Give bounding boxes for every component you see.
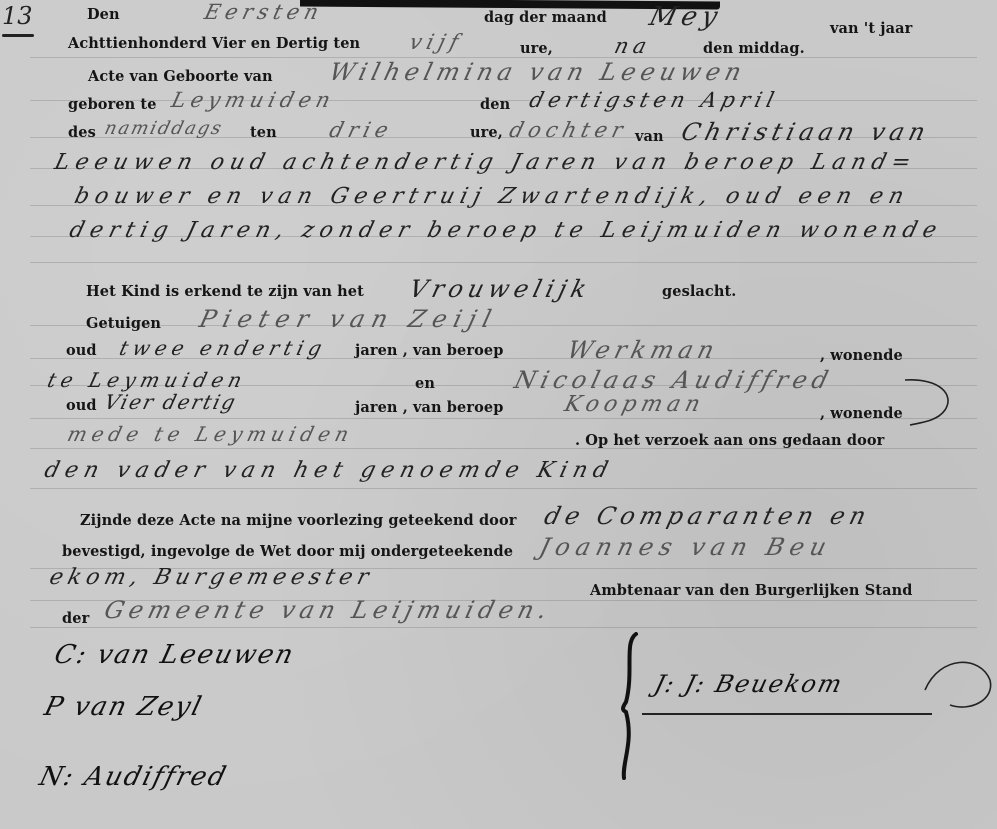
signature-official: J: J: Beuekom <box>652 670 847 698</box>
printed-den-middag: den middag. <box>703 40 805 57</box>
ruled-line <box>30 325 977 326</box>
printed-der: der <box>62 610 89 627</box>
printed-jaren-van-beroep: jaren , van beroep <box>355 342 503 359</box>
signature-father: C: van Leeuwen <box>51 640 298 670</box>
signature-flourish <box>920 650 995 720</box>
hand-month: Mey <box>646 2 725 32</box>
ruled-line <box>30 627 977 628</box>
printed-jaren-van-beroep: jaren , van beroep <box>355 399 503 416</box>
printed-wonende: , wonende <box>820 405 903 422</box>
printed-van: van <box>635 128 664 145</box>
hand-witness-2-occupation: Koopman <box>562 392 708 417</box>
hand-comparanten: de Comparanten en <box>542 502 874 530</box>
hand-birth-date: dertigsten April <box>527 88 781 112</box>
brace-icon <box>618 632 642 780</box>
printed-ambtenaar: Ambtenaar van den Burgerlijken Stand <box>590 582 912 599</box>
hand-hour: vijf <box>407 30 466 54</box>
printed-den: Den <box>87 6 120 23</box>
birth-certificate-page: 13 Den Eersten dag der maand Mey van 't … <box>0 0 997 829</box>
hand-burgemeester: ekom, Burgemeester <box>47 565 376 590</box>
printed-ten: ten <box>250 124 277 141</box>
hand-birthplace: Leymuiden <box>169 88 338 112</box>
printed-en: en <box>415 375 435 392</box>
signature-witness-1: P van Zeyl <box>41 692 206 722</box>
printed-geboren-te: geboren te <box>68 96 157 113</box>
printed-zijnde-deze-acte: Zijnde deze Acte na mijne voorlezing get… <box>80 512 516 529</box>
hand-witness-1-residence: te Leymuiden <box>45 368 249 392</box>
line-flourish <box>900 370 960 430</box>
hand-child-name: Wilhelmina van Leeuwen <box>327 58 750 86</box>
entry-number-flourish <box>2 34 34 37</box>
printed-des: des <box>68 124 96 141</box>
hand-birth-hour: drie <box>327 118 396 142</box>
hand-witness-1-age: twee endertig <box>117 336 329 360</box>
hand-witness-2-residence: mede te Leymuiden <box>65 422 356 446</box>
printed-year: Achttienhonderd Vier en Dertig ten <box>68 35 360 52</box>
hand-witness-2: Nicolaas Audiffred <box>512 366 836 394</box>
signature-underline <box>642 713 932 715</box>
hand-gemeente: Gemeente van Leijmuiden. <box>102 596 555 624</box>
printed-kind-erkend: Het Kind is erkend te zijn van het <box>86 283 364 300</box>
hand-witness-2-age: Vier dertig <box>102 390 240 414</box>
printed-van-t-jaar: van 't jaar <box>830 20 912 37</box>
hand-na: na <box>612 34 654 58</box>
hand-line-6: Leeuwen oud achtendertig Jaren van beroe… <box>52 150 919 175</box>
hand-dochter: dochter <box>507 118 630 142</box>
hand-day: Eersten <box>202 0 326 24</box>
signature-witness-2: N: Audiffred <box>36 762 231 792</box>
ruled-line <box>30 262 977 263</box>
printed-op-het-verzoek: . Op het verzoek aan ons gedaan door <box>575 432 884 449</box>
printed-geslacht: geslacht. <box>662 283 736 300</box>
printed-dag-der-maand: dag der maand <box>484 9 607 26</box>
printed-oud: oud <box>66 397 97 414</box>
printed-ure: ure, <box>470 124 503 141</box>
printed-bevestigd: bevestigd, ingevolge de Wet door mij ond… <box>62 543 513 560</box>
hand-line-7: bouwer en van Geertruij Zwartendijk, oud… <box>72 184 912 209</box>
printed-den: den <box>480 96 510 113</box>
printed-wonende: , wonende <box>820 347 903 364</box>
hand-line-8: dertig Jaren, zonder beroep te Leijmuide… <box>67 218 945 243</box>
hand-father-name: Christiaan van <box>679 118 934 146</box>
printed-oud: oud <box>66 342 97 359</box>
hand-namiddags: namiddags <box>102 118 225 139</box>
hand-official-name: Joannes van Beu <box>537 533 836 561</box>
printed-acte-van-geboorte: Acte van Geboorte van <box>88 68 273 85</box>
printed-ure: ure, <box>520 40 553 57</box>
hand-requester: den vader van het genoemde Kind <box>42 458 617 483</box>
hand-sex: Vrouwelijk <box>407 275 595 303</box>
hand-witness-1-occupation: Werkman <box>565 336 722 364</box>
hand-witness-1: Pieter van Zeijl <box>197 305 502 333</box>
ruled-line <box>30 488 977 489</box>
entry-number: 13 <box>2 2 33 30</box>
printed-getuigen: Getuigen <box>86 315 161 332</box>
